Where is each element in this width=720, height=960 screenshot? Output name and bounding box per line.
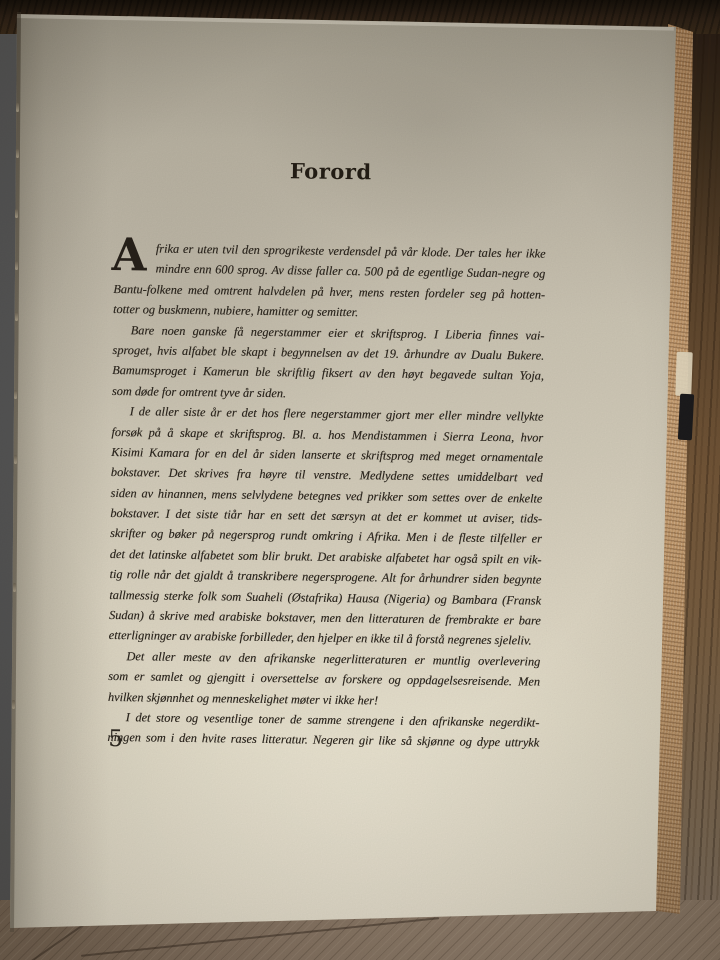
stitch-mark — [13, 583, 16, 592]
drop-cap-letter: A — [111, 235, 146, 275]
body-text: A frika er uten tvil den sprogrikeste ve… — [107, 238, 546, 753]
stitch-mark — [15, 209, 18, 218]
stitch-mark — [15, 261, 18, 270]
stitch-mark — [14, 390, 17, 399]
fore-edge-light-patch — [675, 352, 693, 397]
stitch-mark — [16, 149, 19, 158]
foreword-title: Forord — [115, 156, 547, 188]
page-number: 5 — [108, 726, 123, 752]
stitch-mark — [12, 700, 15, 709]
page-text-block: Forord A frika er uten tvil den sprogrik… — [107, 156, 547, 753]
book-photo-scene: Forord A frika er uten tvil den sprogrik… — [0, 0, 720, 960]
stitch-mark — [14, 455, 17, 464]
fore-edge-black-mark — [678, 394, 694, 441]
stitch-mark — [16, 103, 19, 112]
stitch-mark — [15, 312, 18, 321]
text-line-content: som døde for omtrent tyve år siden. — [112, 381, 286, 404]
